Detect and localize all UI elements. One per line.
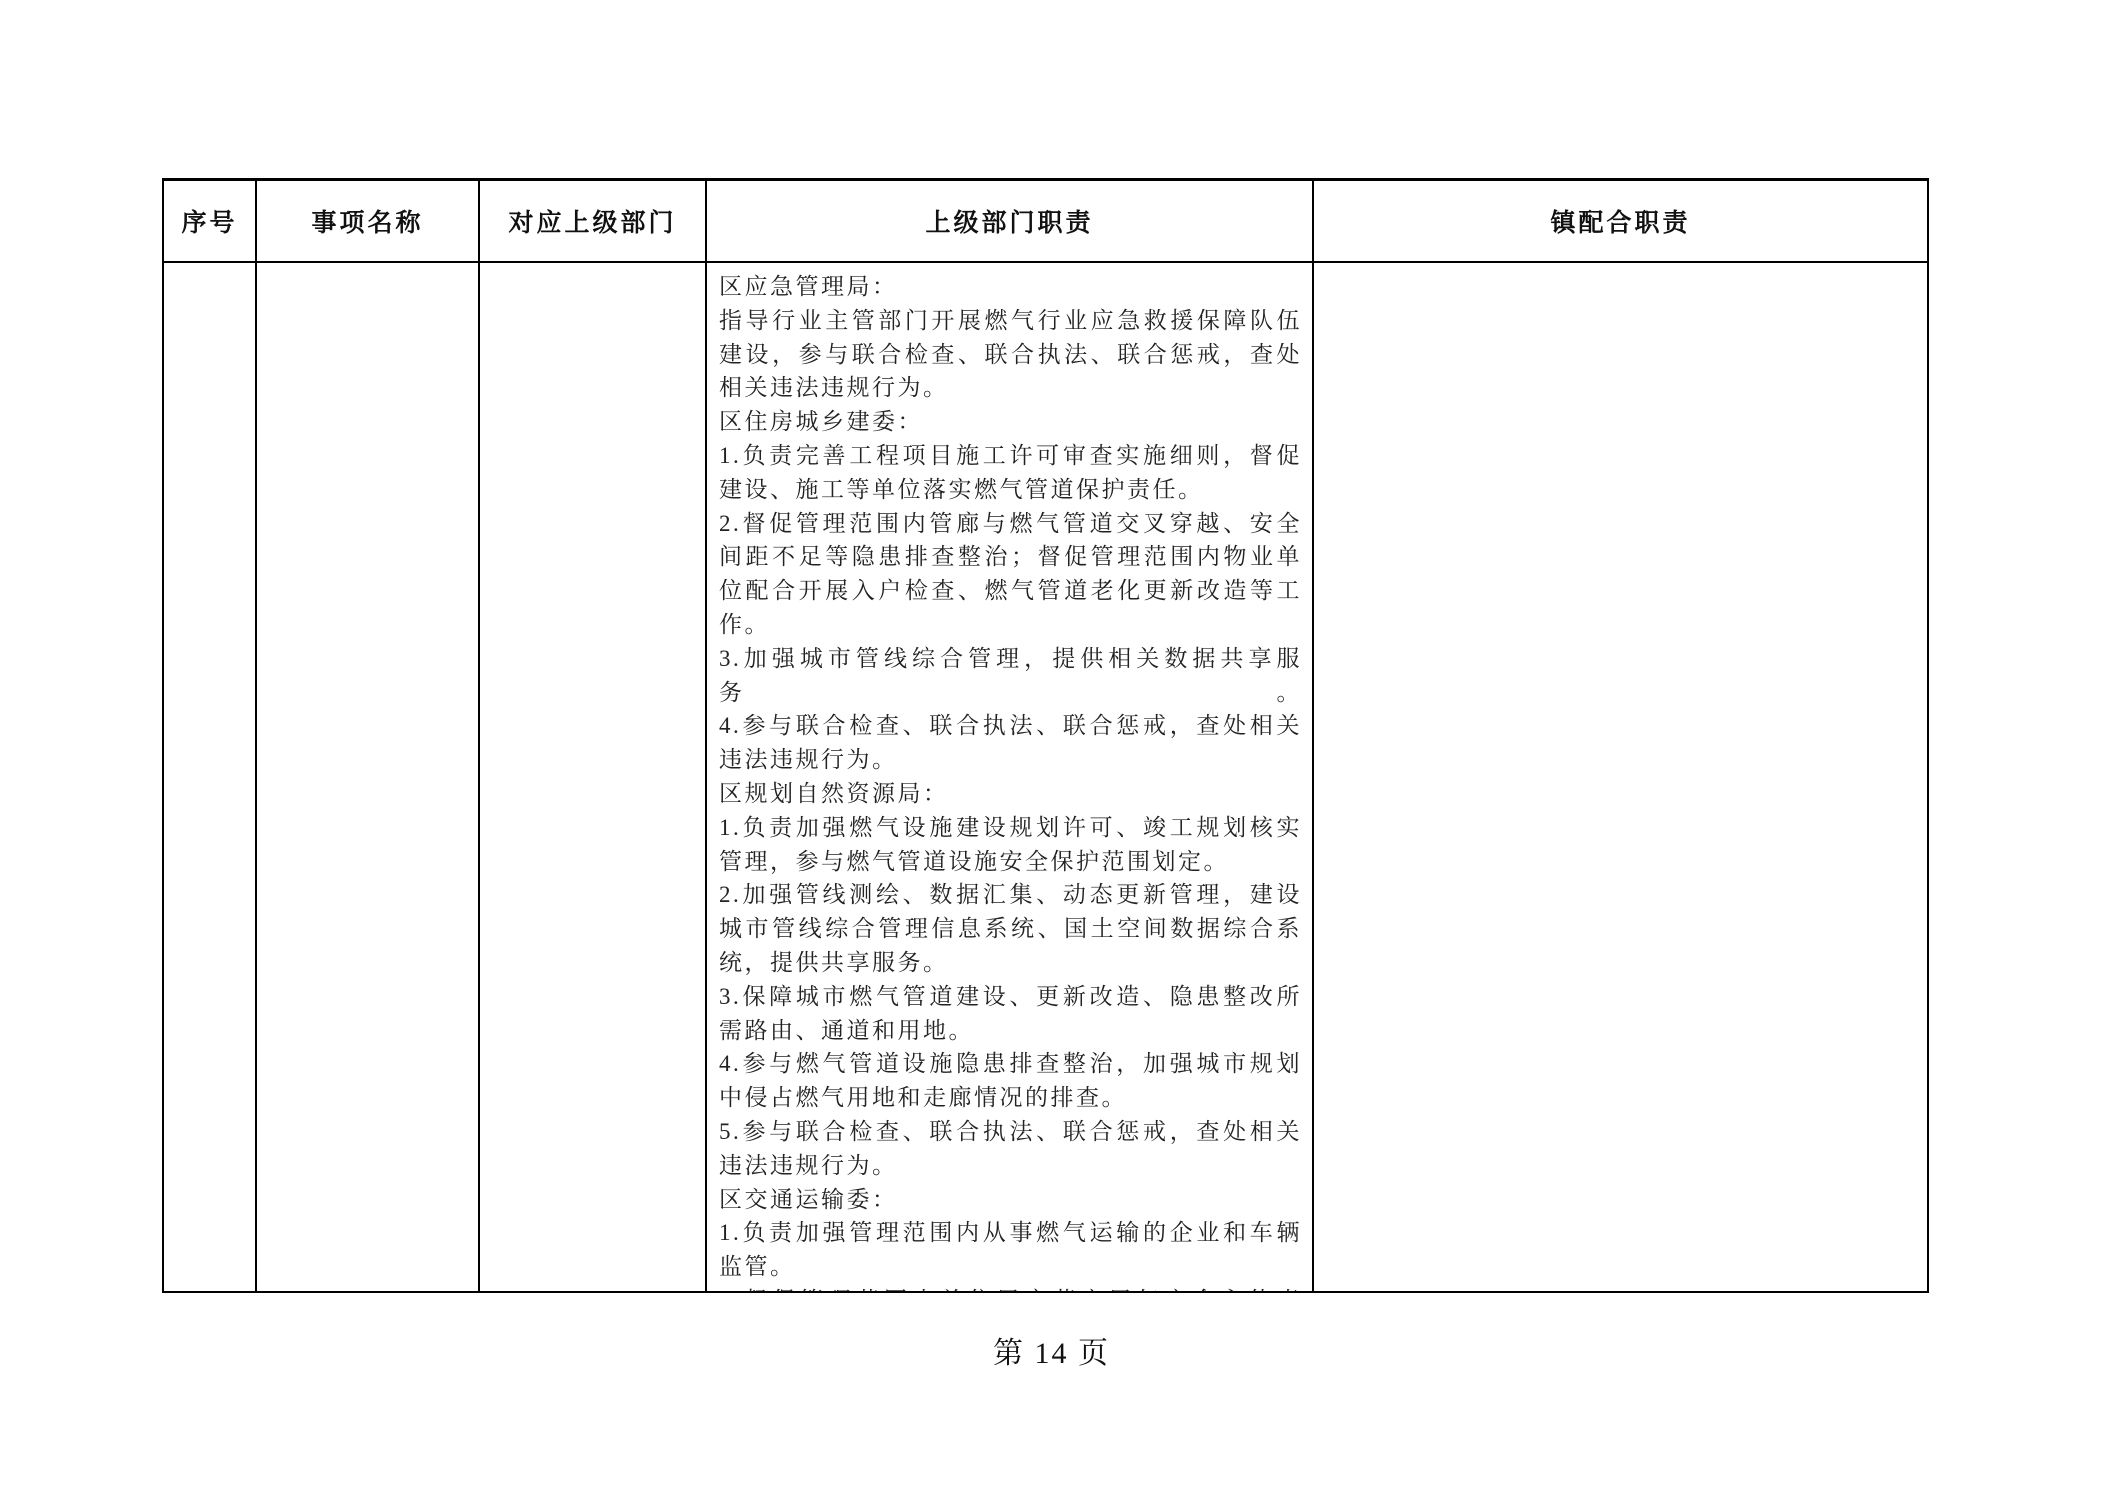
- col-header-superior-duties: 上级部门职责: [707, 181, 1314, 263]
- duty-line: 3.加强城市管线综合管理，提供相关数据共享服务。: [719, 642, 1302, 710]
- duty-line: 区住房城乡建委：: [719, 405, 1302, 439]
- serial-cell: [164, 263, 257, 1291]
- superior-duties-cell: 区应急管理局：指导行业主管部门开展燃气行业应急救援保障队伍建设，参与联合检查、联…: [707, 263, 1314, 1291]
- duty-line: 1.负责完善工程项目施工许可审查实施细则，督促: [719, 439, 1302, 473]
- duty-line: 监管。: [719, 1250, 1302, 1284]
- town-duties-cell: [1314, 263, 1927, 1291]
- duty-line: 4.参与燃气管道设施隐患排查整治，加强城市规划: [719, 1047, 1302, 1081]
- duty-line: 4.参与联合检查、联合执法、联合惩戒，查处相关: [719, 709, 1302, 743]
- duty-line: 区交通运输委：: [719, 1183, 1302, 1217]
- duty-line: 2.督促管理范围内管廊与燃气管道交叉穿越、安全: [719, 507, 1302, 541]
- duty-line: 3.保障城市燃气管道建设、更新改造、隐患整改所: [719, 980, 1302, 1014]
- duty-line: 需路由、通道和用地。: [719, 1014, 1302, 1048]
- duty-line: 区应急管理局：: [719, 270, 1302, 304]
- duty-line: 建设，参与联合检查、联合执法、联合惩戒，查处: [719, 338, 1302, 372]
- col-header-town-duties: 镇配合职责: [1314, 181, 1927, 263]
- duty-line: 违法违规行为。: [719, 743, 1302, 777]
- duty-line: 中侵占燃气用地和走廊情况的排查。: [719, 1081, 1302, 1115]
- duty-line: 指导行业主管部门开展燃气行业应急救援保障队伍: [719, 304, 1302, 338]
- col-header-item-name: 事项名称: [257, 181, 480, 263]
- duty-line: 1.负责加强管理范围内从事燃气运输的企业和车辆: [719, 1216, 1302, 1250]
- document-page: 序号 事项名称 对应上级部门 上级部门职责 镇配合职责 区应急管理局：指导行业主…: [0, 0, 2103, 1486]
- duty-line: 城市管线综合管理信息系统、国土空间数据综合系: [719, 912, 1302, 946]
- col-header-superior-department: 对应上级部门: [480, 181, 707, 263]
- superior-department-cell: [480, 263, 707, 1291]
- item-name-cell: [257, 263, 480, 1291]
- duty-line: 5.参与联合检查、联合执法、联合惩戒，查处相关: [719, 1115, 1302, 1149]
- col-header-serial: 序号: [164, 181, 257, 263]
- duty-line: 2.加强管线测绘、数据汇集、动态更新管理，建设: [719, 878, 1302, 912]
- page-number: 第 14 页: [0, 1328, 2103, 1372]
- duty-line: 作。: [719, 608, 1302, 642]
- duty-line: 违法违规行为。: [719, 1149, 1302, 1183]
- duty-line: 1.负责加强燃气设施建设规划许可、竣工规划核实: [719, 811, 1302, 845]
- duty-line: 间距不足等隐患排查整治；督促管理范围内物业单: [719, 540, 1302, 574]
- duty-line: 区规划自然资源局：: [719, 777, 1302, 811]
- responsibility-table: 序号 事项名称 对应上级部门 上级部门职责 镇配合职责 区应急管理局：指导行业主…: [162, 178, 1929, 1293]
- duty-line: 位配合开展入户检查、燃气管道老化更新改造等工: [719, 574, 1302, 608]
- duty-line: 统，提供共享服务。: [719, 946, 1302, 980]
- duty-line: 建设、施工等单位落实燃气管道保护责任。: [719, 473, 1302, 507]
- duty-line: 2.督促管理范围内单位用户落实用气安全主体责: [719, 1284, 1302, 1291]
- duty-line: 相关违法违规行为。: [719, 371, 1302, 405]
- duty-line: 管理，参与燃气管道设施安全保护范围划定。: [719, 845, 1302, 879]
